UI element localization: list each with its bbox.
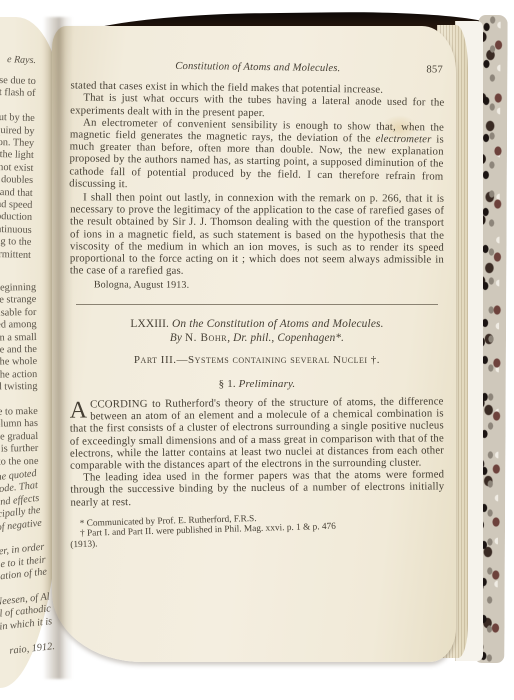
article-title-line: LXXIII. On the Constitution of Atoms and…: [70, 318, 444, 330]
section-divider-rule: [76, 304, 438, 305]
place-date-signature: Bologna, August 1913.: [94, 280, 444, 293]
byline-prefix: By: [170, 332, 185, 344]
section-number: § 1.: [219, 378, 239, 390]
paragraph-with-dropcap: ACCORDING to Rutherford's theory of the …: [70, 396, 445, 472]
author-name: N. Bohr: [185, 332, 227, 344]
drop-cap: A: [70, 399, 91, 422]
paragraph-text: CCORDING to Rutherford's theory of the s…: [70, 396, 444, 472]
left-page-text-fragments-top: course due to n that flash of d out by t…: [0, 73, 36, 262]
left-page-text-fragments-middle: t the beginning ade the strange dispensa…: [0, 282, 39, 469]
paragraph: The leading idea used in the former pape…: [70, 469, 444, 509]
footnotes: * Communicated by Prof. E. Rutherford, F…: [70, 509, 445, 551]
section-heading: § 1. Preliminary.: [70, 378, 444, 390]
byline-suffix: , Dr. phil., Copenhagen*.: [227, 332, 344, 344]
page-number: 857: [426, 64, 443, 76]
paragraph: An electrometer of convenient sensibilit…: [69, 116, 444, 194]
byline: By N. Bohr, Dr. phil., Copenhagen*.: [70, 332, 444, 344]
article-number: LXXIII.: [130, 318, 169, 330]
section-title: Preliminary.: [239, 378, 296, 390]
running-head-title: Constitution of Atoms and Molecules.: [175, 61, 340, 74]
paragraph: I shall then point out lastly, in connex…: [70, 191, 444, 278]
right-page-text: Constitution of Atoms and Molecules. 857…: [70, 26, 444, 546]
book-photo: e Rays. course due to n that flash of d …: [0, 0, 514, 700]
article-title: On the Constitution of Atoms and Molecul…: [172, 318, 384, 330]
running-head: Constitution of Atoms and Molecules. 857: [71, 59, 445, 76]
left-page-running-head-fragment: e Rays.: [0, 53, 36, 66]
part-heading: Part III.—Systems containing several Nuc…: [70, 354, 444, 366]
